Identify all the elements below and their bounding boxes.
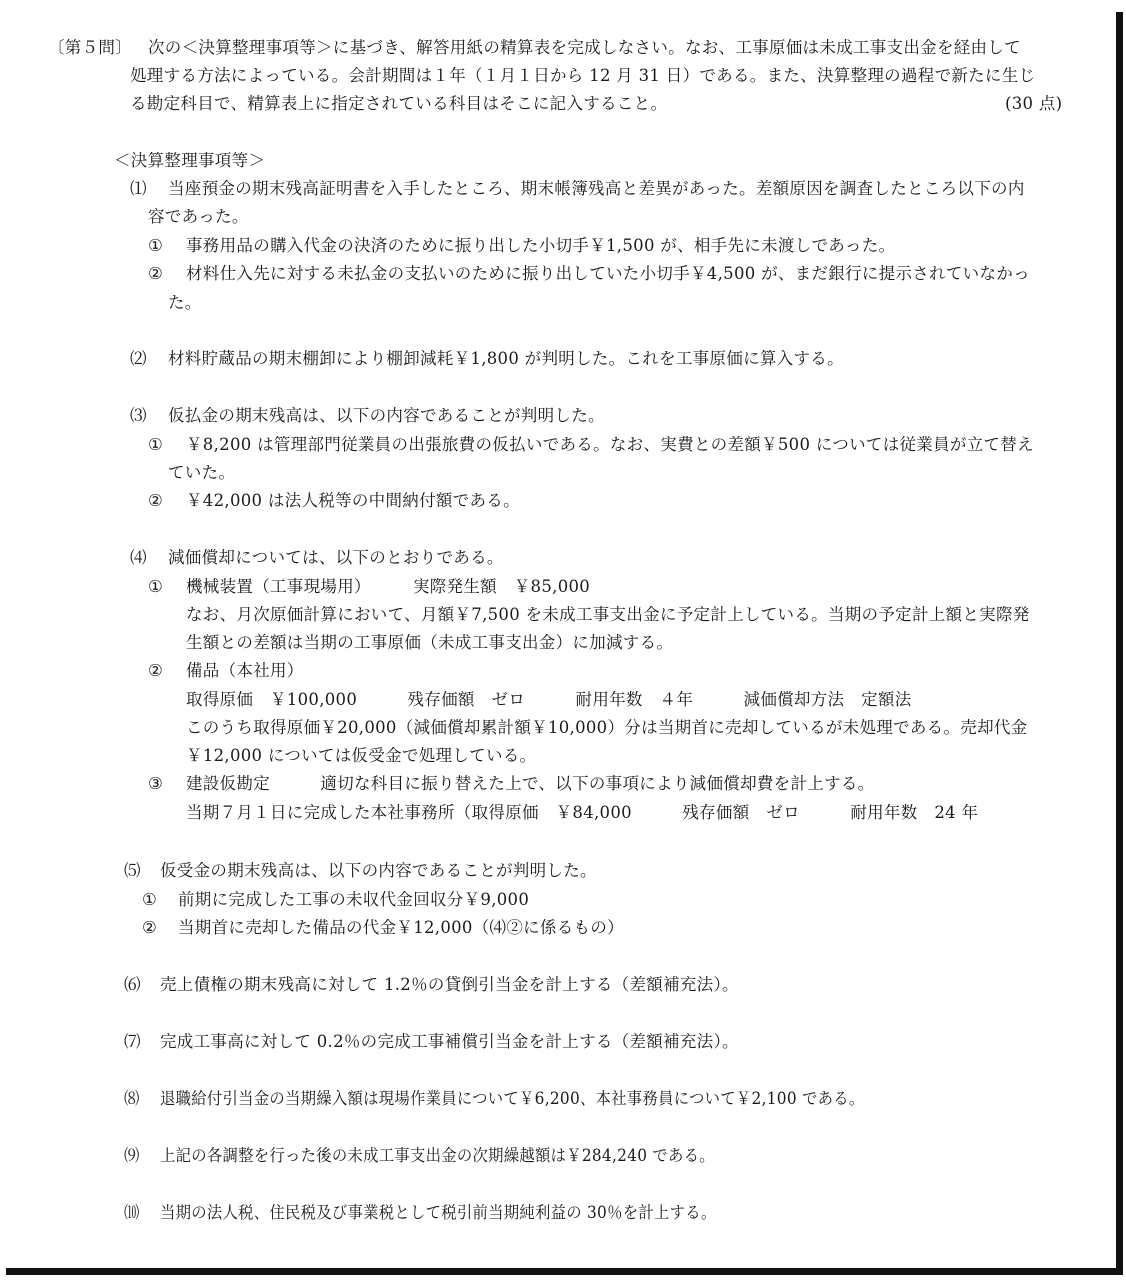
item-6-number: ⑹	[124, 974, 141, 996]
item-4-sub-1-line-2: なお、月次原価計算において、月額￥7,500 を未成工事支出金に予定計上している…	[186, 604, 1030, 626]
item-7-line-1: 完成工事高に対して 0.2％の完成工事補償引当金を計上する（差額補充法）。	[160, 1031, 739, 1053]
item-4-number: ⑷	[130, 547, 147, 569]
item-2-number: ⑵	[130, 348, 147, 370]
item-1-number: ⑴	[130, 178, 147, 200]
item-4-sub-1-number: ①	[148, 576, 163, 598]
points-label: (30 点)	[1005, 93, 1062, 115]
item-1-line-2: 容であった。	[148, 206, 249, 228]
item-5-sub-2-number: ②	[142, 917, 157, 939]
item-1-sub-2-line-2: た。	[168, 292, 202, 314]
item-3-sub-1-line-1: ￥8,200 は管理部門従業員の出張旅費の仮払いである。なお、実費との差額￥50…	[186, 434, 1034, 456]
item-4-sub-2-number: ②	[148, 660, 163, 682]
item-9-line-1: 上記の各調整を行った後の未成工事支出金の次期繰越額は￥284,240 である。	[160, 1145, 715, 1167]
item-4-sub-1-line-1: 機械装置（工事現場用） 実際発生額 ￥85,000	[186, 576, 590, 598]
item-3-line-1: 仮払金の期末残高は、以下の内容であることが判明した。	[168, 405, 605, 427]
item-3-sub-1-number: ①	[148, 434, 163, 456]
item-3-sub-1-line-2: ていた。	[168, 462, 235, 484]
intro-line-2: 処理する方法によっている。会計期間は１年（１月１日から 12 月 31 日）であ…	[130, 65, 1035, 87]
intro-line-3: る勘定科目で、精算表上に指定されている科目はそこに記入すること。	[130, 93, 667, 115]
item-1-sub-1-line-1: 事務用品の購入代金の決済のために振り出した小切手￥1,500 が、相手先に未渡し…	[186, 235, 895, 257]
document-page: 〔第５問〕 次の＜決算整理事項等＞に基づき、解答用紙の精算表を完成しなさい。なお…	[0, 0, 1116, 1268]
item-8-line-1: 退職給付引当金の当期繰入額は現場作業員について￥6,200、本社事務員について￥…	[160, 1088, 865, 1110]
item-4-sub-2-line-3: このうち取得原価￥20,000（減価償却累計額￥10,000）分は当期首に売却し…	[186, 717, 1027, 739]
item-4-sub-2-line-4: ￥12,000 については仮受金で処理している。	[186, 745, 536, 767]
page-shadow-bottom	[6, 1268, 1123, 1275]
item-4-sub-1-line-3: 生額との差額は当期の工事原価（未成工事支出金）に加減する。	[186, 632, 673, 654]
item-5-sub-1-number: ①	[142, 889, 157, 911]
item-1-sub-1-number: ①	[148, 235, 163, 257]
item-5-sub-2-line-1: 当期首に売却した備品の代金￥12,000（⑷②に係るもの）	[178, 917, 624, 939]
item-8-number: ⑻	[124, 1088, 140, 1110]
item-5-line-1: 仮受金の期末残高は、以下の内容であることが判明した。	[160, 860, 597, 882]
item-3-sub-2-line-1: ￥42,000 は法人税等の中間納付額である。	[186, 490, 520, 512]
item-4-sub-2-line-1: 備品（本社用）	[186, 660, 304, 682]
item-3-number: ⑶	[130, 405, 147, 427]
intro-line-1: 次の＜決算整理事項等＞に基づき、解答用紙の精算表を完成しなさい。なお、工事原価は…	[148, 37, 1021, 59]
item-1-sub-2-line-1: 材料仕入先に対する未払金の支払いのために振り出していた小切手￥4,500 が、ま…	[186, 263, 1030, 285]
question-label: 〔第５問〕	[48, 37, 132, 59]
item-6-line-1: 売上債権の期末残高に対して 1.2％の貸倒引当金を計上する（差額補充法）。	[160, 974, 739, 996]
item-10-number: ⑽	[124, 1202, 140, 1224]
item-7-number: ⑺	[124, 1031, 141, 1053]
item-4-sub-3-line-1: 建設仮勘定 適切な科目に振り替えた上で、以下の事項により減価償却費を計上する。	[186, 773, 874, 795]
item-1-sub-2-number: ②	[148, 263, 163, 285]
section-title: ＜決算整理事項等＞	[114, 150, 265, 172]
item-5-sub-1-line-1: 前期に完成した工事の未収代金回収分￥9,000	[178, 889, 529, 911]
item-3-sub-2-number: ②	[148, 490, 163, 512]
item-9-number: ⑼	[124, 1145, 140, 1167]
item-4-sub-3-line-2: 当期７月１日に完成した本社事務所（取得原価 ￥84,000 残存価額 ゼロ 耐用…	[186, 802, 978, 824]
item-4-sub-3-number: ③	[148, 773, 163, 795]
item-5-number: ⑸	[124, 860, 141, 882]
item-2-line-1: 材料貯蔵品の期末棚卸により棚卸減耗￥1,800 が判明した。これを工事原価に算入…	[168, 348, 844, 370]
item-10-line-1: 当期の法人税、住民税及び事業税として税引前当期純利益の 30％を計上する。	[160, 1202, 716, 1224]
item-4-line-1: 減価償却については、以下のとおりである。	[168, 547, 504, 569]
page-shadow-right	[1116, 12, 1123, 1275]
item-4-sub-2-line-2: 取得原価 ￥100,000 残存価額 ゼロ 耐用年数 ４年 減価償却方法 定額法	[186, 689, 912, 711]
item-1-line-1: 当座預金の期末残高証明書を入手したところ、期末帳簿残高と差異があった。差額原因を…	[168, 178, 1025, 200]
